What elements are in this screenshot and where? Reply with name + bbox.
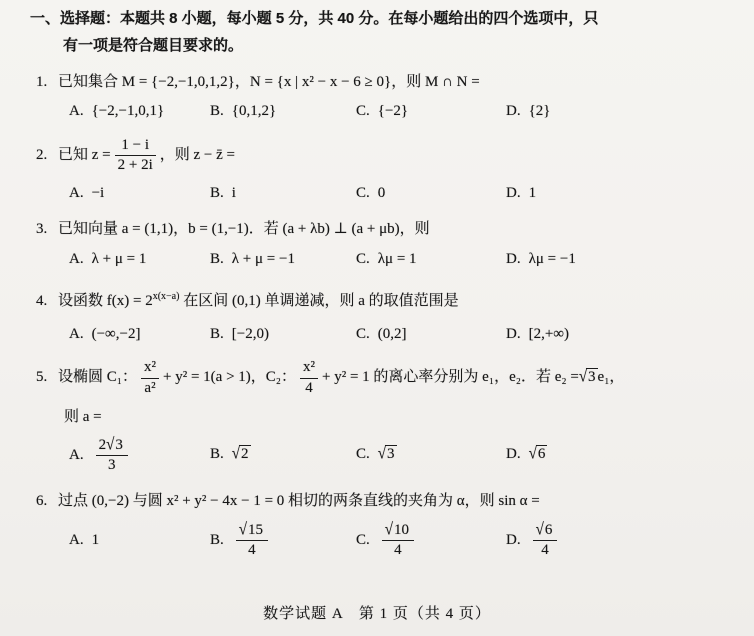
radicand: 3 [586, 368, 598, 386]
option-4c-label: C. [356, 326, 370, 342]
option-1d-value: {2} [529, 103, 551, 119]
question-6-number: 6. [36, 491, 58, 513]
option-5b-label: B. [210, 446, 224, 462]
page-footer: 数学试题 A 第 1 页（共 4 页） [0, 604, 754, 626]
question-3: 3.已知向量 a = (1,1)，b = (1,−1)．若 (a + λb) ⊥… [30, 219, 728, 241]
option-6d-label: D. [506, 532, 521, 548]
radicand: 6 [536, 445, 548, 463]
question-3-number: 3. [36, 219, 58, 241]
option-4a-label: A. [69, 326, 84, 342]
option-4a-value: (−∞,−2] [92, 326, 141, 342]
sqrt-expression: √3 [579, 367, 598, 389]
sqrt-expression: √6 [536, 522, 555, 539]
radicand: 3 [385, 445, 397, 463]
option-1c: C.{−2} [356, 101, 506, 123]
fraction: √104 [382, 522, 414, 560]
option-4d-value: [2,+∞) [529, 326, 569, 342]
question-5-number: 5. [36, 367, 58, 389]
option-1a-value: {−2,−1,0,1} [92, 103, 165, 119]
question-4-exponent: x(x−a) [153, 291, 180, 302]
section-header-line1: 一、选择题：本题共 8 小题，每小题 5 分，共 40 分。在每小题给出的四个选… [30, 8, 728, 30]
question-4-stem-pre: 设函数 f(x) = 2 [58, 293, 153, 309]
question-5-line2: 则 a = [58, 407, 728, 429]
option-6a-label: A. [69, 532, 84, 548]
option-3b-value: λ + μ = −1 [232, 251, 295, 267]
question-1-number: 1. [36, 72, 58, 94]
exam-page: 一、选择题：本题共 8 小题，每小题 5 分，共 40 分。在每小题给出的四个选… [0, 0, 754, 636]
question-5-stem-post: e₁， [598, 369, 625, 385]
fraction-denominator: 4 [236, 541, 268, 559]
question-5-options: A.2√33 B.√2 C.√3 D.√6 [69, 437, 728, 475]
fraction-numerator: √10 [382, 522, 414, 541]
sqrt-expression: √3 [106, 437, 125, 454]
radicand: 6 [543, 522, 555, 539]
question-6-stem: 过点 (0,−2) 与圆 x² + y² − 4x − 1 = 0 相切的两条直… [58, 493, 540, 509]
option-2c: C.0 [356, 183, 506, 205]
option-1d-label: D. [506, 103, 521, 119]
option-4b: B.[−2,0) [210, 324, 356, 346]
option-2a: A.−i [69, 183, 210, 205]
fraction-numerator: 2√3 [96, 437, 128, 456]
question-5-stem-mid1: + y² = 1(a > 1)，C₂： [163, 369, 296, 385]
option-3c-label: C. [356, 251, 370, 267]
option-5c-label: C. [356, 446, 370, 462]
radical-icon: √ [378, 443, 386, 467]
option-4a: A.(−∞,−2] [69, 324, 210, 346]
fraction-denominator: 3 [96, 456, 128, 474]
option-4c-value: (0,2] [378, 326, 407, 342]
radical-icon: √ [579, 366, 587, 390]
option-5a: A.2√33 [69, 437, 210, 475]
sqrt-expression: √3 [378, 444, 397, 466]
radicand: 2 [239, 445, 251, 463]
question-2-stem-pre: 已知 z = [58, 147, 111, 163]
radical-icon: √ [232, 443, 240, 467]
option-6c-label: C. [356, 532, 370, 548]
question-5-line2-text: 则 a = [64, 409, 102, 425]
option-3a-label: A. [69, 251, 84, 267]
option-3d: D.λμ = −1 [506, 249, 728, 271]
radicand: 10 [392, 522, 411, 539]
option-3b-label: B. [210, 251, 224, 267]
option-4b-value: [−2,0) [232, 326, 269, 342]
fraction: x²4 [300, 359, 318, 397]
option-5d: D.√6 [506, 444, 728, 466]
option-2d: D.1 [506, 183, 728, 205]
fraction-numerator: √15 [236, 522, 268, 541]
fraction-denominator: 2 + 2i [115, 156, 156, 174]
sqrt-expression: √10 [385, 522, 411, 539]
question-1: 1.已知集合 M = {−2,−1,0,1,2}，N = {x | x² − x… [30, 72, 728, 94]
question-6-options: A.1 B.√154 C.√104 D.√64 [69, 522, 728, 560]
fraction-numerator: x² [300, 359, 318, 378]
option-4d: D.[2,+∞) [506, 324, 728, 346]
option-2b-value: i [232, 185, 236, 201]
question-5-stem-pre: 设椭圆 C₁： [58, 369, 137, 385]
question-5: 5.设椭圆 C₁：x²a²+ y² = 1(a > 1)，C₂：x²4+ y² … [30, 359, 728, 397]
option-1a: A.{−2,−1,0,1} [69, 101, 210, 123]
option-6a: A.1 [69, 530, 210, 552]
fraction: 2√33 [96, 437, 128, 475]
question-4-options: A.(−∞,−2] B.[−2,0) C.(0,2] D.[2,+∞) [69, 324, 728, 346]
question-4-stem-post: 在区间 (0,1) 单调递减，则 a 的取值范围是 [179, 293, 458, 309]
option-2c-value: 0 [378, 185, 386, 201]
option-5c: C.√3 [356, 444, 506, 466]
question-2-options: A.−i B.i C.0 D.1 [69, 183, 728, 205]
fraction-denominator: a² [141, 379, 159, 397]
sqrt-expression: √2 [232, 444, 251, 466]
fraction-numerator: x² [141, 359, 159, 378]
numerator-coefficient: 2 [99, 437, 107, 453]
option-3a: A.λ + μ = 1 [69, 249, 210, 271]
question-4: 4.设函数 f(x) = 2x(x−a) 在区间 (0,1) 单调递减，则 a … [30, 291, 728, 313]
option-2d-value: 1 [529, 185, 537, 201]
option-1b-label: B. [210, 103, 224, 119]
option-4d-label: D. [506, 326, 521, 342]
question-6: 6.过点 (0,−2) 与圆 x² + y² − 4x − 1 = 0 相切的两… [30, 491, 728, 513]
question-2-stem-post: ，则 z − z̄ = [160, 147, 235, 163]
fraction: x²a² [141, 359, 159, 397]
option-2b-label: B. [210, 185, 224, 201]
sqrt-expression: √6 [529, 444, 548, 466]
option-2a-label: A. [69, 185, 84, 201]
radical-icon: √ [239, 521, 247, 540]
radical-icon: √ [536, 521, 544, 540]
question-5-stem-mid2: + y² = 1 的离心率分别为 e₁，e₂．若 e₂ = [322, 369, 579, 385]
option-3d-value: λμ = −1 [529, 251, 576, 267]
option-1c-label: C. [356, 103, 370, 119]
option-4b-label: B. [210, 326, 224, 342]
fraction-denominator: 4 [300, 379, 318, 397]
option-3c-value: λμ = 1 [378, 251, 417, 267]
option-2b: B.i [210, 183, 356, 205]
option-6a-value: 1 [92, 532, 100, 548]
section-header: 一、选择题：本题共 8 小题，每小题 5 分，共 40 分。在每小题给出的四个选… [30, 8, 728, 57]
question-2: 2.已知 z =1 − i2 + 2i，则 z − z̄ = [30, 137, 728, 175]
question-1-options: A.{−2,−1,0,1} B.{0,1,2} C.{−2} D.{2} [69, 101, 728, 123]
option-1a-label: A. [69, 103, 84, 119]
fraction-numerator: √6 [533, 522, 558, 541]
option-6d: D.√64 [506, 522, 728, 560]
option-2a-value: −i [92, 185, 105, 201]
option-5d-label: D. [506, 446, 521, 462]
section-header-line2: 有一项是符合题目要求的。 [63, 35, 728, 57]
option-6b: B.√154 [210, 522, 356, 560]
option-1b: B.{0,1,2} [210, 101, 356, 123]
option-6c: C.√104 [356, 522, 506, 560]
fraction-denominator: 4 [533, 541, 558, 559]
fraction: 1 − i2 + 2i [115, 137, 156, 175]
question-2-number: 2. [36, 145, 58, 167]
question-4-number: 4. [36, 291, 58, 313]
option-3a-value: λ + μ = 1 [92, 251, 147, 267]
fraction: √64 [533, 522, 558, 560]
radical-icon: √ [106, 435, 114, 454]
option-2c-label: C. [356, 185, 370, 201]
option-3d-label: D. [506, 251, 521, 267]
sqrt-expression: √15 [239, 522, 265, 539]
option-1b-value: {0,1,2} [232, 103, 276, 119]
option-3c: C.λμ = 1 [356, 249, 506, 271]
option-5a-label: A. [69, 447, 84, 463]
fraction: √154 [236, 522, 268, 560]
option-2d-label: D. [506, 185, 521, 201]
option-4c: C.(0,2] [356, 324, 506, 346]
question-3-stem: 已知向量 a = (1,1)，b = (1,−1)．若 (a + λb) ⊥ (… [58, 221, 430, 237]
option-6b-label: B. [210, 532, 224, 548]
fraction-denominator: 4 [382, 541, 414, 559]
radicand: 3 [113, 437, 125, 454]
radicand: 15 [246, 522, 265, 539]
question-1-stem: 已知集合 M = {−2,−1,0,1,2}，N = {x | x² − x −… [58, 74, 480, 90]
option-5b: B.√2 [210, 444, 356, 466]
fraction-numerator: 1 − i [115, 137, 156, 156]
option-1c-value: {−2} [378, 103, 408, 119]
option-3b: B.λ + μ = −1 [210, 249, 356, 271]
question-3-options: A.λ + μ = 1 B.λ + μ = −1 C.λμ = 1 D.λμ =… [69, 249, 728, 271]
radical-icon: √ [529, 443, 537, 467]
radical-icon: √ [385, 521, 393, 540]
option-1d: D.{2} [506, 101, 728, 123]
